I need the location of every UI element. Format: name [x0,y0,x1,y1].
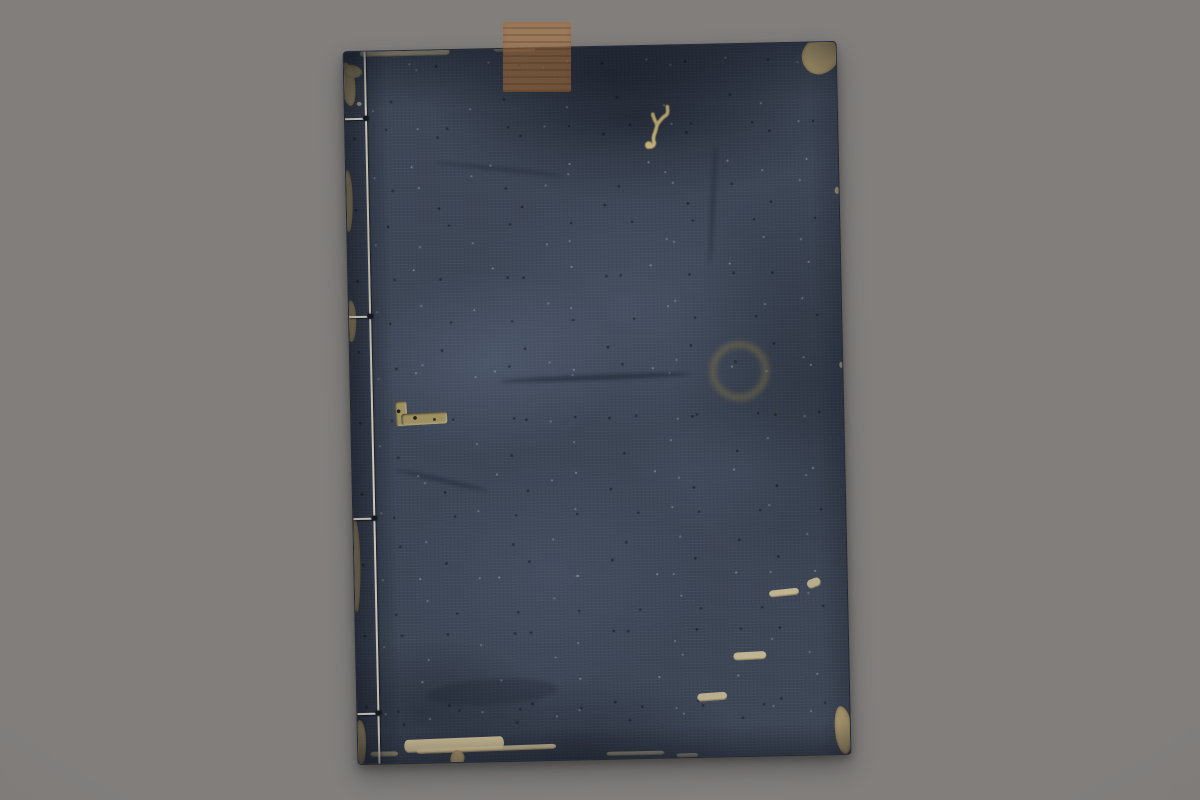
stitch-hole [371,516,377,521]
book [343,41,852,765]
photo-backdrop [0,0,1200,800]
adhesive-label-tab [503,22,571,92]
stab-binding [344,42,851,764]
stitch-hole [367,314,373,319]
stitch-hole [363,116,369,121]
stitch-hole [375,711,381,716]
binding-thread-vertical [364,52,381,764]
